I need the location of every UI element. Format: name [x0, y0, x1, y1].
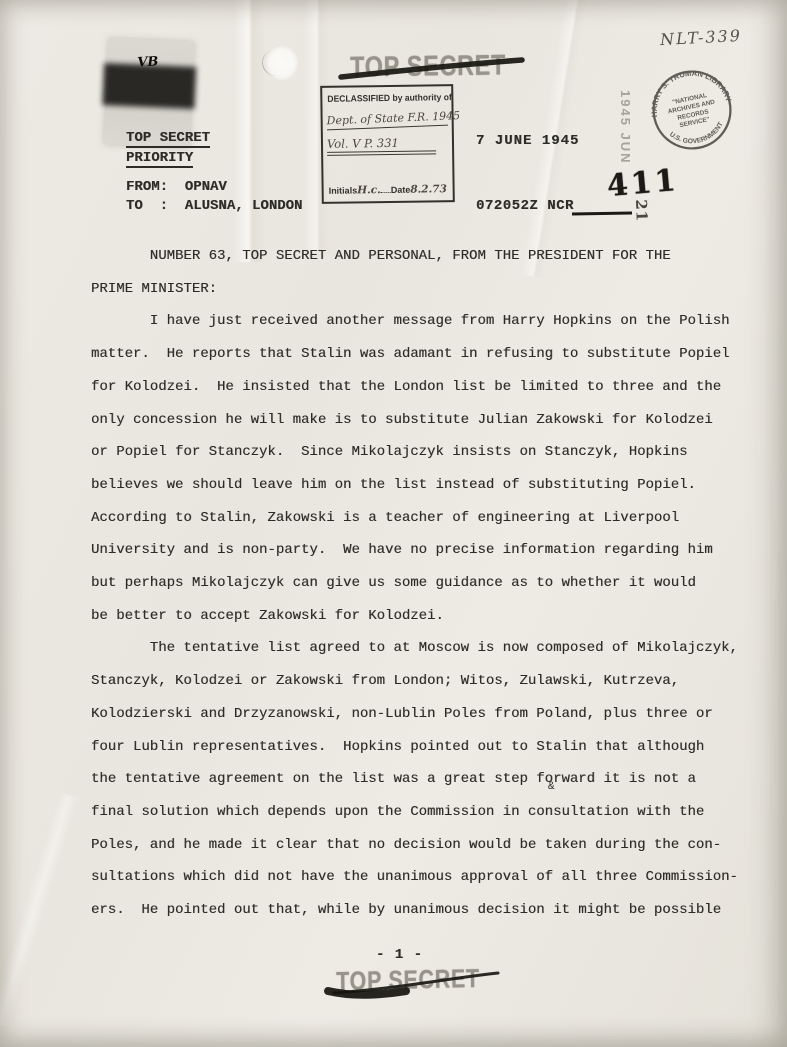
- body-line: PRIME MINISTER:: [91, 273, 771, 306]
- body-line: matter. He reports that Stalin was adama…: [91, 338, 771, 371]
- received-date-stamp-month: 1945 JUN: [618, 90, 633, 165]
- declass-date-value: 8.2.73: [410, 183, 447, 196]
- body-line: According to Stalin, Zakowski is a teach…: [91, 502, 771, 535]
- message-body: NUMBER 63, TOP SECRET AND PERSONAL, FROM…: [91, 240, 771, 927]
- document-page: VB TOP SECRET DECLASSIFIED by authority …: [0, 0, 787, 1047]
- declass-heading: DECLASSIFIED by authority of: [327, 92, 442, 104]
- body-line: ers. He pointed out that, while by unani…: [91, 894, 771, 927]
- body-line: final solution which depends upon the Co…: [91, 796, 771, 829]
- classification-label: TOP SECRET: [126, 130, 210, 148]
- censor-tape-blackout: [102, 63, 196, 109]
- body-line: the tentative agreement on the list was …: [91, 763, 771, 796]
- body-line: for Kolodzei. He insisted that the Londo…: [91, 371, 771, 404]
- typed-correction-mark: &: [548, 781, 555, 793]
- declass-authority-line2: Vol. V P. 331: [327, 135, 436, 156]
- body-line: only concession he will make is to subst…: [91, 404, 771, 437]
- received-date-stamp-day: 21: [632, 199, 651, 222]
- body-line: sultations which did not have the unanim…: [91, 861, 771, 894]
- serial-number-stamp: 411: [606, 163, 680, 204]
- dotted-leader: [381, 185, 391, 193]
- declass-initials-value: H.c.: [357, 184, 381, 196]
- body-line: Kolodzierski and Drzyzanowski, non-Lubli…: [91, 698, 771, 731]
- declass-date-label: Date: [391, 185, 411, 195]
- date-time-group: 072052Z NCR: [476, 198, 574, 214]
- routing-block: FROM: OPNAVTO : ALUSNA, LONDON: [126, 178, 302, 216]
- declass-authority-line1: Dept. of State F.R. 1945: [326, 110, 448, 131]
- body-line: Stanczyk, Kolodzei or Zakowski from Lond…: [91, 665, 771, 698]
- precedence-label: PRIORITY: [126, 150, 193, 168]
- body-line: believes we should leave him on the list…: [91, 469, 771, 502]
- tape-handwritten-label: VB: [137, 54, 159, 70]
- declassification-stamp: DECLASSIFIED by authority of Dept. of St…: [320, 84, 455, 204]
- handwritten-reference-number: NLT-339: [660, 26, 743, 49]
- date-line: 7 JUNE 1945: [476, 133, 579, 149]
- declass-initials-label: Initials: [329, 185, 358, 195]
- body-line: four Lublin representatives. Hopkins poi…: [91, 731, 771, 764]
- pen-underline: [572, 211, 632, 215]
- declass-footer: InitialsH.c.Date8.2.73: [329, 183, 450, 197]
- body-line: The tentative list agreed to at Moscow i…: [91, 632, 771, 665]
- classification-block: TOP SECRET PRIORITY: [126, 130, 210, 170]
- paper-crease: [234, 0, 266, 262]
- body-line: be better to accept Zakowski for Kolodze…: [91, 600, 771, 633]
- body-line: NUMBER 63, TOP SECRET AND PERSONAL, FROM…: [91, 240, 771, 273]
- top-secret-stamp-top: TOP SECRET: [350, 49, 506, 84]
- page-number: - 1 -: [376, 947, 423, 963]
- paper-crease: [0, 792, 79, 1027]
- truman-library-stamp: HARRY S. TRUMAN LIBRARY U.S. GOVERNMENT …: [635, 53, 749, 167]
- body-line: or Popiel for Stanczyk. Since Mikolajczy…: [91, 436, 771, 469]
- top-secret-stamp-bottom: TOP SECRET: [336, 963, 480, 997]
- body-line: Poles, and he made it clear that no deci…: [91, 829, 771, 862]
- body-line: but perhaps Mikolajczyk can give us some…: [91, 567, 771, 600]
- body-line: I have just received another message fro…: [91, 305, 771, 338]
- punch-hole: [266, 46, 298, 80]
- body-line: University and is non-party. We have no …: [91, 534, 771, 567]
- from-line: FROM: OPNAV: [126, 178, 302, 197]
- to-line: TO : ALUSNA, LONDON: [126, 197, 302, 216]
